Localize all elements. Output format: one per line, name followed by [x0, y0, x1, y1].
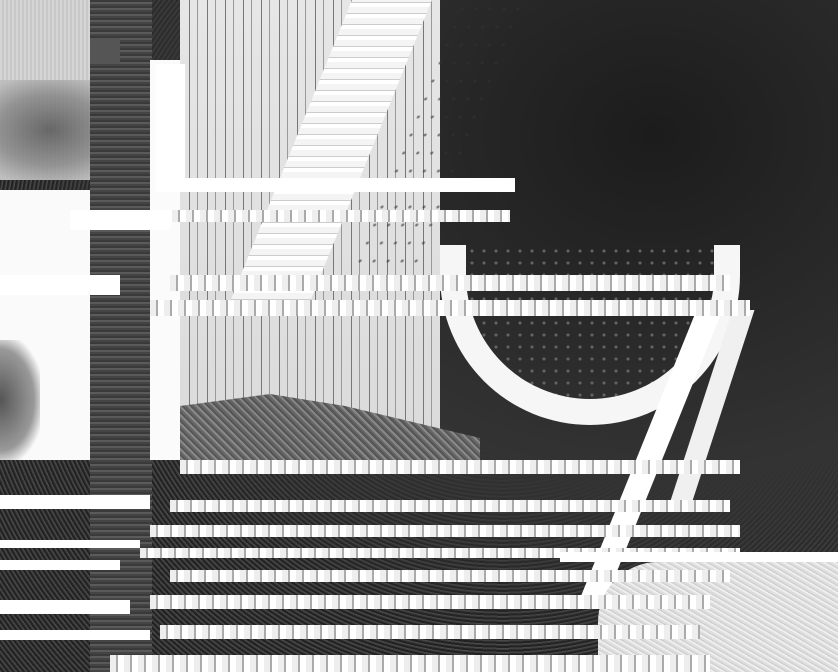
glitched-harp-photo	[0, 0, 838, 672]
photo-region-bottom-right	[598, 562, 838, 672]
photo-region-white-column	[150, 60, 180, 460]
photo-region-dark-column	[90, 0, 152, 672]
photo-region-left-shadow	[0, 340, 40, 460]
